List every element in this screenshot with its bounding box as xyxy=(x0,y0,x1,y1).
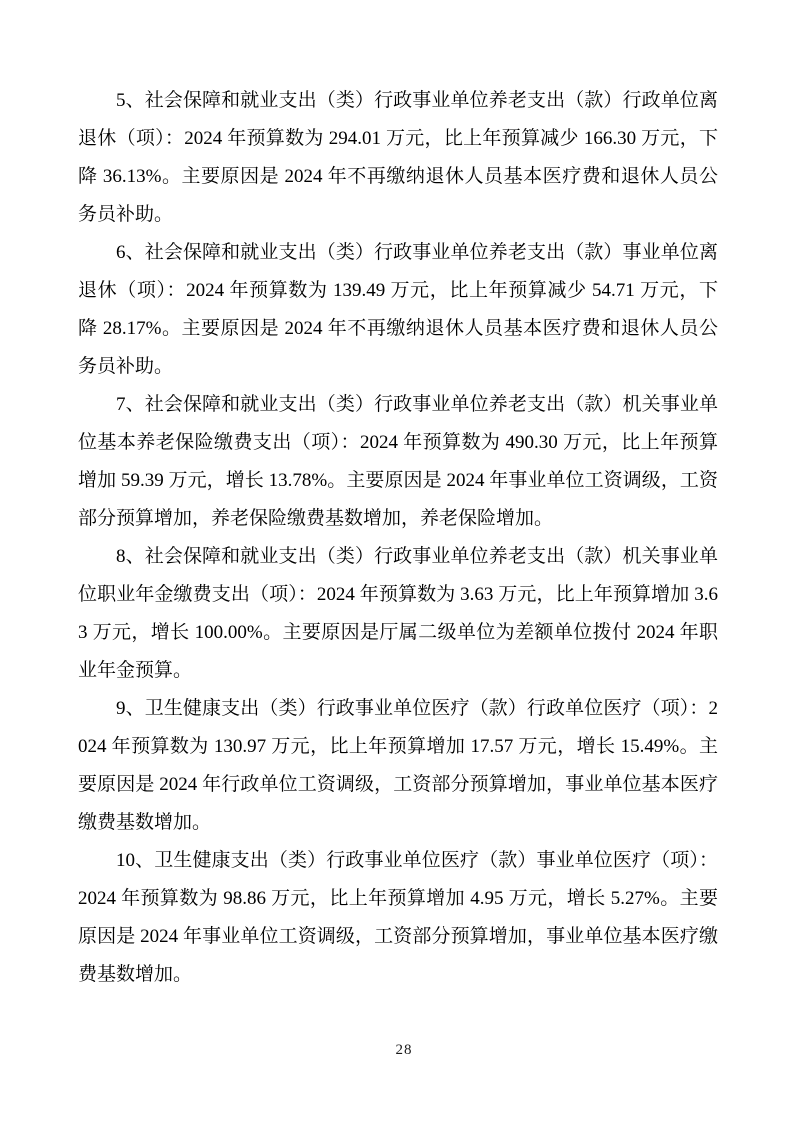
paragraph-item-6: 6、社会保障和就业支出（类）行政事业单位养老支出（款）事业单位离退休（项）：20… xyxy=(78,234,718,386)
body-text-block: 5、社会保障和就业支出（类）行政事业单位养老支出（款）行政单位离退休（项）：20… xyxy=(78,82,718,994)
paragraph-item-10: 10、卫生健康支出（类）行政事业单位医疗（款）事业单位医疗（项）：2024 年预… xyxy=(78,842,718,994)
document-page: 5、社会保障和就业支出（类）行政事业单位养老支出（款）行政单位离退休（项）：20… xyxy=(0,0,808,1143)
paragraph-item-8: 8、社会保障和就业支出（类）行政事业单位养老支出（款）机关事业单位职业年金缴费支… xyxy=(78,538,718,690)
paragraph-item-5: 5、社会保障和就业支出（类）行政事业单位养老支出（款）行政单位离退休（项）：20… xyxy=(78,82,718,234)
paragraph-item-7: 7、社会保障和就业支出（类）行政事业单位养老支出（款）机关事业单位基本养老保险缴… xyxy=(78,386,718,538)
page-footer: 28 xyxy=(0,1040,808,1060)
paragraph-item-9: 9、卫生健康支出（类）行政事业单位医疗（款）行政单位医疗（项）：2024 年预算… xyxy=(78,690,718,842)
page-number: 28 xyxy=(396,1042,413,1058)
